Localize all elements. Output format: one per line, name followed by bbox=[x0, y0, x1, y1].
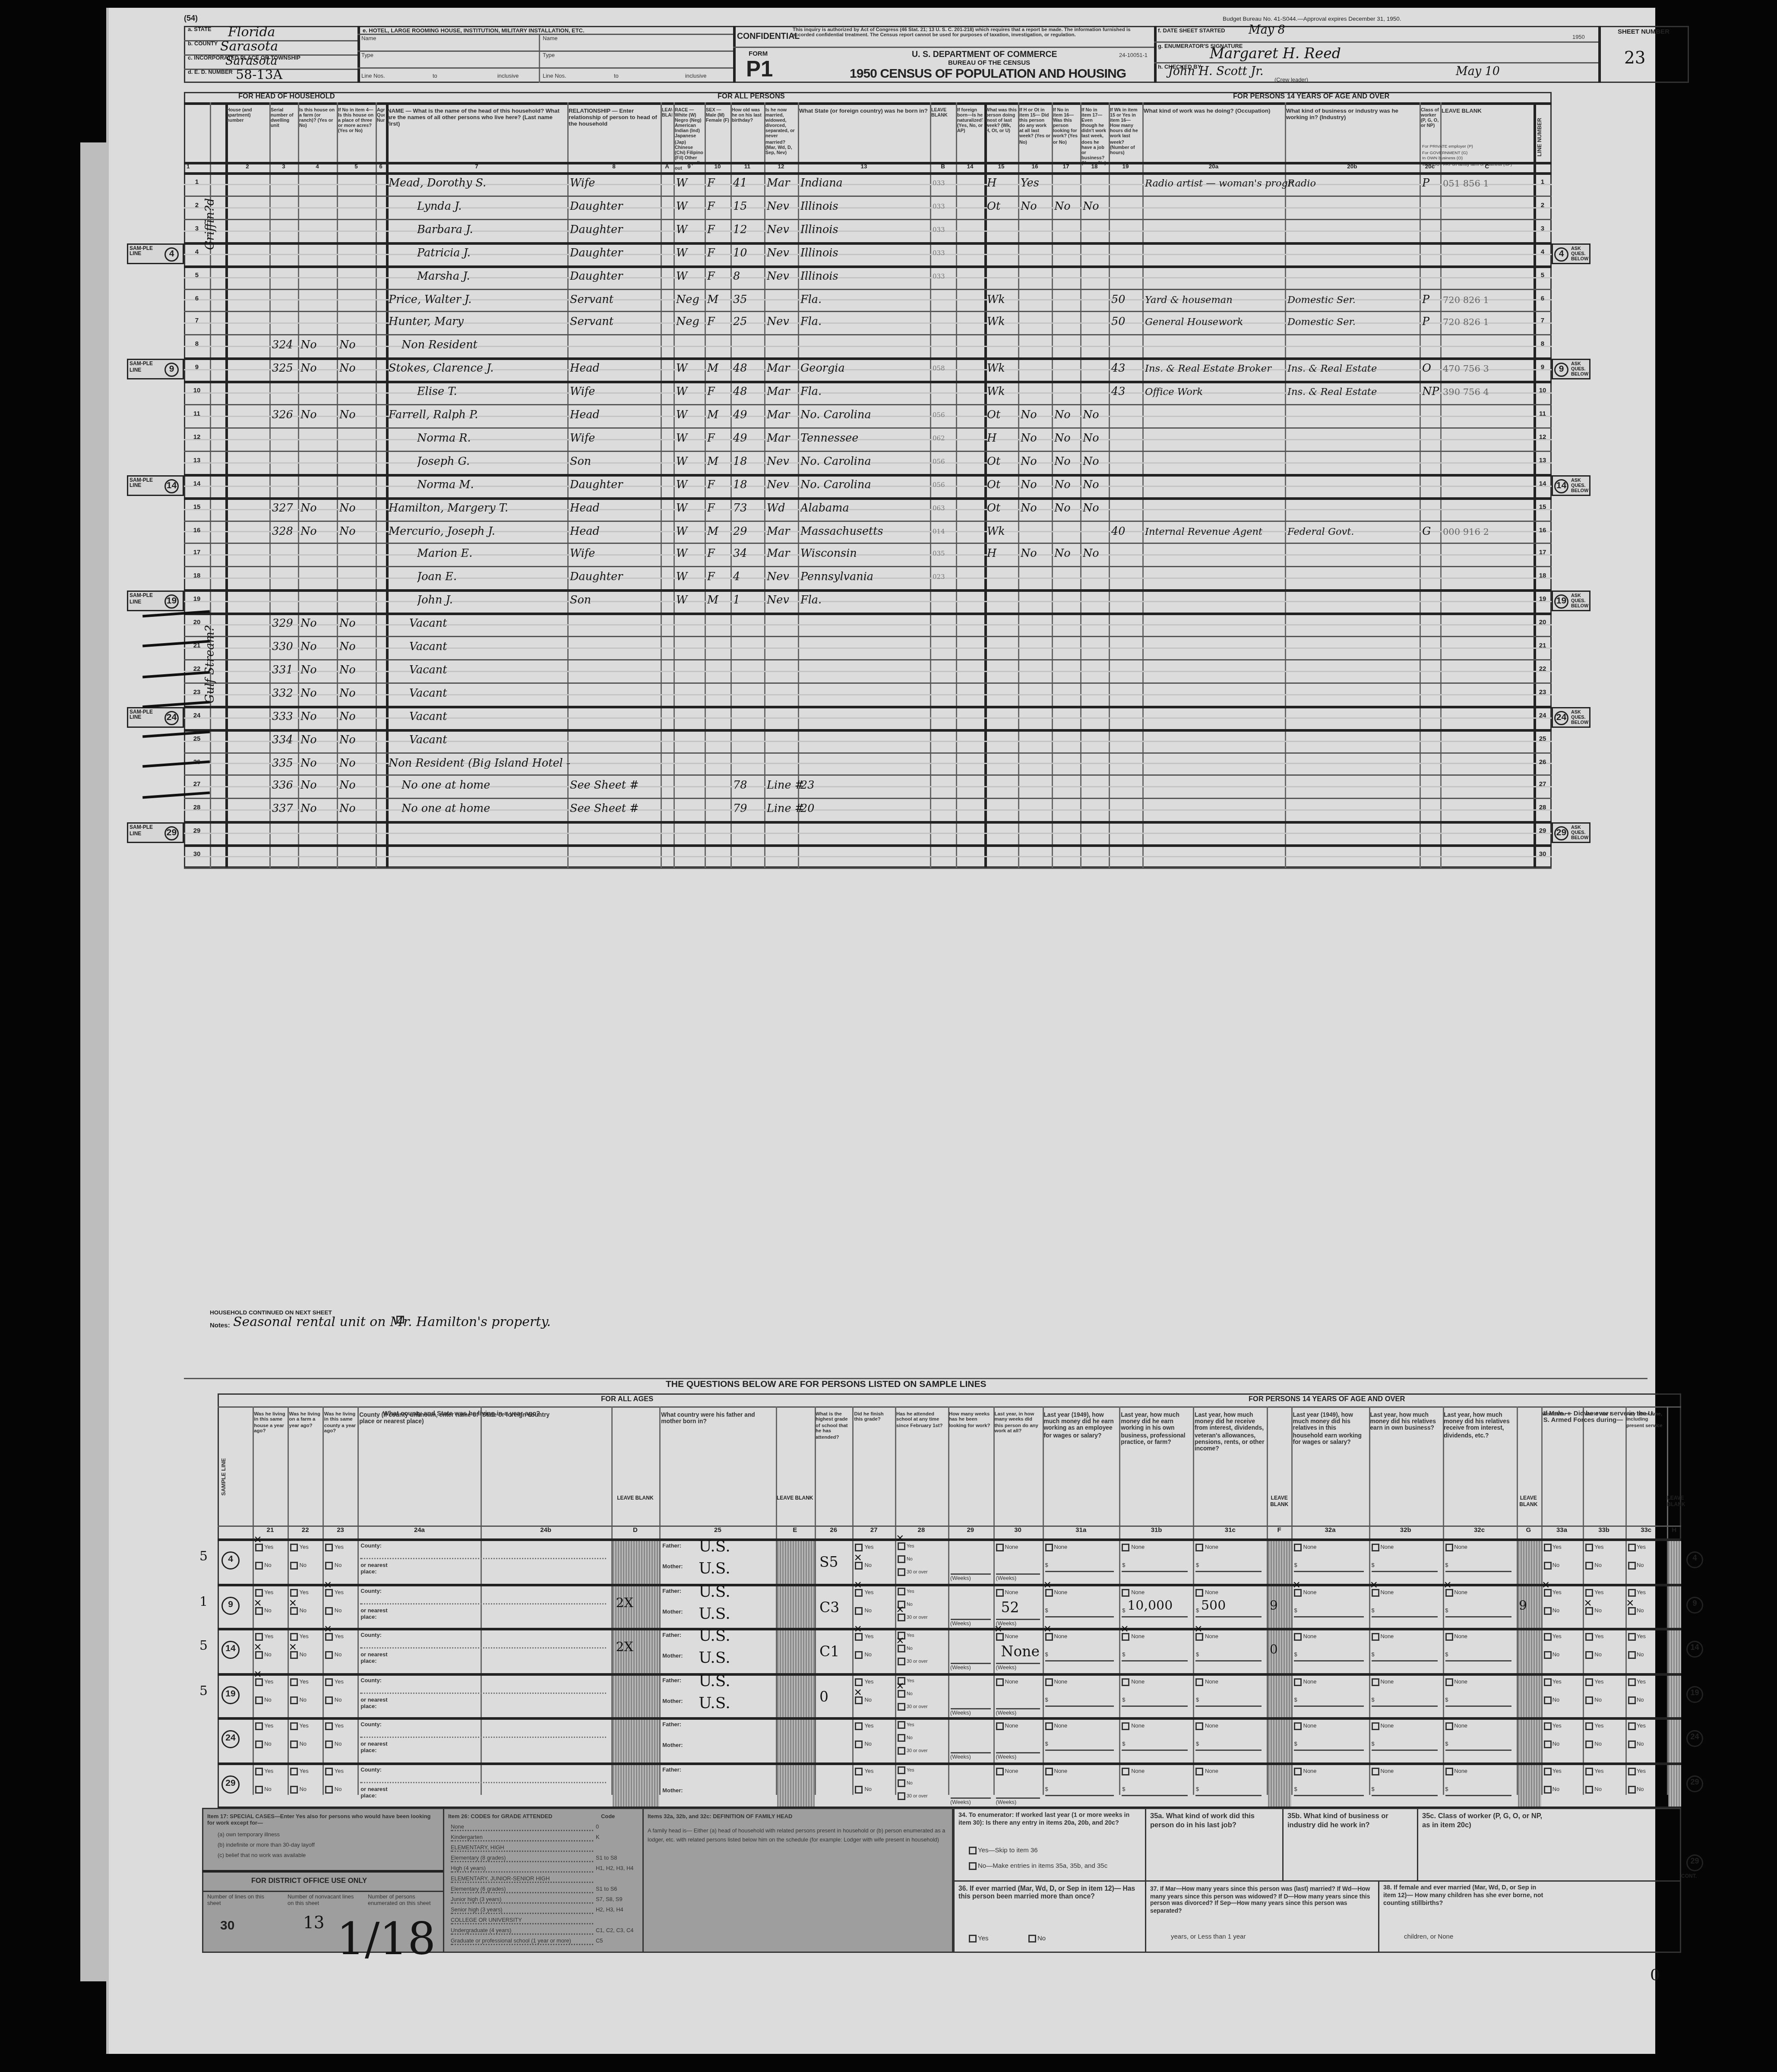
checkbox[interactable] bbox=[1045, 1589, 1053, 1596]
q32a-none[interactable]: None bbox=[1294, 1767, 1317, 1775]
q33a-no[interactable]: No bbox=[1543, 1696, 1560, 1704]
q31a-amount-field[interactable]: $ bbox=[1045, 1696, 1114, 1706]
attended-yes[interactable]: Yes bbox=[898, 1587, 914, 1595]
q31c-amount-field[interactable]: $ bbox=[1196, 1562, 1262, 1572]
q31c-none[interactable]: None bbox=[1196, 1678, 1218, 1686]
q31a-amount-field[interactable]: $ bbox=[1045, 1607, 1114, 1617]
q22-no[interactable]: No bbox=[291, 1651, 307, 1659]
checkbox[interactable] bbox=[291, 1562, 298, 1570]
checkbox[interactable] bbox=[326, 1589, 333, 1596]
checkbox[interactable] bbox=[898, 1747, 905, 1755]
q21-no[interactable]: No bbox=[255, 1785, 272, 1793]
checkbox[interactable] bbox=[291, 1544, 298, 1551]
q22-yes[interactable]: Yes bbox=[291, 1544, 309, 1551]
q21-no[interactable]: No bbox=[255, 1696, 272, 1704]
checkbox[interactable] bbox=[1585, 1678, 1593, 1686]
q32a-none[interactable]: None bbox=[1294, 1678, 1317, 1686]
q23-yes[interactable]: Yes bbox=[326, 1633, 344, 1641]
checkbox[interactable] bbox=[326, 1562, 333, 1570]
finished-no[interactable]: No bbox=[855, 1696, 872, 1704]
checkbox[interactable] bbox=[898, 1766, 905, 1774]
checkbox[interactable] bbox=[898, 1779, 905, 1787]
checkbox[interactable] bbox=[855, 1722, 863, 1730]
checkbox[interactable] bbox=[1045, 1633, 1053, 1641]
q23-yes[interactable]: Yes bbox=[326, 1678, 344, 1686]
checkbox[interactable] bbox=[1371, 1722, 1379, 1730]
checkbox[interactable] bbox=[255, 1633, 263, 1641]
attended-yes[interactable]: Yes bbox=[898, 1721, 914, 1729]
q33a-yes[interactable]: Yes bbox=[1543, 1633, 1562, 1641]
checkbox[interactable] bbox=[1196, 1678, 1204, 1686]
finished-yes[interactable]: Yes bbox=[855, 1767, 873, 1775]
checkbox[interactable] bbox=[326, 1696, 333, 1704]
q31a-none[interactable]: None bbox=[1045, 1589, 1067, 1596]
checkbox[interactable] bbox=[898, 1734, 905, 1742]
q33a-yes[interactable]: Yes bbox=[1543, 1722, 1562, 1730]
q32a-amount-field[interactable]: $ bbox=[1294, 1562, 1364, 1572]
q31c-amount-field[interactable]: $ bbox=[1196, 1696, 1262, 1706]
checkbox[interactable] bbox=[898, 1645, 905, 1652]
checkbox[interactable] bbox=[1294, 1589, 1302, 1596]
q21-yes[interactable]: Yes bbox=[255, 1544, 273, 1551]
q23-no[interactable]: No bbox=[326, 1562, 342, 1570]
q22-yes[interactable]: Yes bbox=[291, 1633, 309, 1641]
attended-yes[interactable]: Yes bbox=[898, 1766, 914, 1774]
q22-no[interactable]: No bbox=[291, 1740, 307, 1748]
q33b-yes[interactable]: Yes bbox=[1585, 1678, 1603, 1686]
checkbox[interactable] bbox=[1543, 1678, 1551, 1686]
q32b-amount-field[interactable]: $ bbox=[1371, 1607, 1437, 1617]
attended-no[interactable]: No bbox=[898, 1555, 913, 1563]
q31b-amount-field[interactable]: $ bbox=[1122, 1785, 1188, 1796]
q31c-none[interactable]: None bbox=[1196, 1544, 1218, 1551]
checkbox[interactable] bbox=[1628, 1722, 1635, 1730]
q23-yes[interactable]: Yes bbox=[326, 1722, 344, 1730]
finished-yes[interactable]: Yes bbox=[855, 1633, 873, 1641]
checkbox[interactable] bbox=[291, 1651, 298, 1659]
finished-yes[interactable]: Yes bbox=[855, 1589, 873, 1596]
q31b-none[interactable]: None bbox=[1122, 1767, 1145, 1775]
q31b-amount-field[interactable]: $ bbox=[1122, 1651, 1188, 1661]
checkbox[interactable] bbox=[326, 1722, 333, 1730]
checkbox[interactable] bbox=[255, 1562, 263, 1570]
q32c-amount-field[interactable]: $ bbox=[1445, 1740, 1511, 1751]
checkbox[interactable] bbox=[1196, 1767, 1204, 1775]
q21-yes[interactable]: Yes bbox=[255, 1767, 273, 1775]
q31a-none[interactable]: None bbox=[1045, 1633, 1067, 1641]
checkbox[interactable] bbox=[898, 1555, 905, 1563]
checkbox[interactable] bbox=[1628, 1740, 1635, 1748]
q32c-amount-field[interactable]: $ bbox=[1445, 1562, 1511, 1572]
q31b-amount-field[interactable]: $ bbox=[1122, 1740, 1188, 1751]
q31c-amount-field[interactable]: $ bbox=[1196, 1740, 1262, 1751]
checkbox[interactable] bbox=[996, 1544, 1004, 1551]
q33b-no[interactable]: No bbox=[1585, 1651, 1602, 1659]
q33c-yes[interactable]: Yes bbox=[1628, 1678, 1646, 1686]
q32b-none[interactable]: None bbox=[1371, 1678, 1394, 1686]
q31b-none[interactable]: None bbox=[1122, 1589, 1145, 1596]
q33b-no[interactable]: No bbox=[1585, 1740, 1602, 1748]
finished-no[interactable]: No bbox=[855, 1607, 872, 1614]
checkbox[interactable] bbox=[255, 1589, 263, 1596]
checkbox[interactable] bbox=[1371, 1589, 1379, 1596]
q33a-no[interactable]: No bbox=[1543, 1651, 1560, 1659]
checkbox[interactable] bbox=[1585, 1633, 1593, 1641]
finished-no[interactable]: No bbox=[855, 1562, 872, 1570]
q22-no[interactable]: No bbox=[291, 1785, 307, 1793]
checkbox[interactable] bbox=[855, 1696, 863, 1704]
q33b-yes[interactable]: Yes bbox=[1585, 1633, 1603, 1641]
checkbox[interactable] bbox=[1628, 1562, 1635, 1570]
checkbox[interactable] bbox=[326, 1633, 333, 1641]
checkbox[interactable] bbox=[255, 1607, 263, 1614]
checkbox[interactable] bbox=[255, 1785, 263, 1793]
q22-no[interactable]: No bbox=[291, 1562, 307, 1570]
q21-no[interactable]: No bbox=[255, 1607, 272, 1614]
weeks-none[interactable]: None bbox=[996, 1544, 1018, 1551]
checkbox[interactable] bbox=[969, 1862, 977, 1870]
checkbox[interactable] bbox=[1196, 1544, 1204, 1551]
q33a-yes[interactable]: Yes bbox=[1543, 1678, 1562, 1686]
checkbox[interactable] bbox=[291, 1767, 298, 1775]
checkbox[interactable] bbox=[898, 1721, 905, 1729]
q31b-none[interactable]: None bbox=[1122, 1633, 1145, 1641]
q22-no[interactable]: No bbox=[291, 1696, 307, 1704]
county-input[interactable] bbox=[360, 1737, 606, 1738]
checkbox[interactable] bbox=[1445, 1767, 1453, 1775]
checkbox[interactable] bbox=[255, 1722, 263, 1730]
checkbox[interactable] bbox=[969, 1935, 977, 1942]
q33a-yes[interactable]: Yes bbox=[1543, 1589, 1562, 1596]
q33a-no[interactable]: No bbox=[1543, 1562, 1560, 1570]
q32b-none[interactable]: None bbox=[1371, 1589, 1394, 1596]
checkbox[interactable] bbox=[1196, 1589, 1204, 1596]
q32c-amount-field[interactable]: $ bbox=[1445, 1607, 1511, 1617]
q23-no[interactable]: No bbox=[326, 1740, 342, 1748]
checkbox[interactable] bbox=[1585, 1651, 1593, 1659]
q32a-amount-field[interactable]: $ bbox=[1294, 1696, 1364, 1706]
weeks-none[interactable]: None bbox=[996, 1589, 1018, 1596]
q33b-no[interactable]: No bbox=[1585, 1607, 1602, 1614]
checkbox[interactable] bbox=[996, 1767, 1004, 1775]
checkbox[interactable] bbox=[1543, 1562, 1551, 1570]
checkbox[interactable] bbox=[855, 1589, 863, 1596]
q22-yes[interactable]: Yes bbox=[291, 1722, 309, 1730]
q32c-none[interactable]: None bbox=[1445, 1722, 1467, 1730]
checkbox[interactable] bbox=[855, 1785, 863, 1793]
q32b-none[interactable]: None bbox=[1371, 1633, 1394, 1641]
checkbox[interactable] bbox=[1543, 1722, 1551, 1730]
q32b-none[interactable]: None bbox=[1371, 1544, 1394, 1551]
checkbox[interactable] bbox=[996, 1678, 1004, 1686]
q32a-amount-field[interactable]: $ bbox=[1294, 1607, 1364, 1617]
checkbox[interactable] bbox=[1628, 1767, 1635, 1775]
checkbox[interactable] bbox=[855, 1544, 863, 1551]
q32b-none[interactable]: None bbox=[1371, 1722, 1394, 1730]
checkbox[interactable] bbox=[326, 1544, 333, 1551]
checkbox[interactable] bbox=[1543, 1589, 1551, 1596]
q32c-amount-field[interactable]: $ bbox=[1445, 1696, 1511, 1706]
county-input[interactable] bbox=[360, 1692, 606, 1693]
q23-yes[interactable]: Yes bbox=[326, 1544, 344, 1551]
checkbox[interactable] bbox=[1543, 1696, 1551, 1704]
q21-yes[interactable]: Yes bbox=[255, 1633, 273, 1641]
q32a-none[interactable]: None bbox=[1294, 1633, 1317, 1641]
checkbox[interactable] bbox=[1122, 1722, 1130, 1730]
q33c-no[interactable]: No bbox=[1628, 1740, 1644, 1748]
q21-yes[interactable]: Yes bbox=[255, 1589, 273, 1596]
q32b-amount-field[interactable]: $ bbox=[1371, 1785, 1437, 1796]
checkbox[interactable] bbox=[1196, 1633, 1204, 1641]
checkbox[interactable] bbox=[255, 1740, 263, 1748]
q33c-no[interactable]: No bbox=[1628, 1607, 1644, 1614]
checkbox[interactable] bbox=[1585, 1562, 1593, 1570]
checkbox[interactable] bbox=[326, 1651, 333, 1659]
q33c-yes[interactable]: Yes bbox=[1628, 1767, 1646, 1775]
q31a-none[interactable]: None bbox=[1045, 1544, 1067, 1551]
checkbox[interactable] bbox=[1585, 1785, 1593, 1793]
checkbox[interactable] bbox=[291, 1785, 298, 1793]
checkbox[interactable] bbox=[855, 1651, 863, 1659]
q36-yes[interactable]: Yes bbox=[969, 1935, 989, 1943]
q31c-none[interactable]: None bbox=[1196, 1589, 1218, 1596]
checkbox[interactable] bbox=[326, 1607, 333, 1614]
checkbox[interactable] bbox=[326, 1740, 333, 1748]
q31c-none[interactable]: None bbox=[1196, 1633, 1218, 1641]
q31a-none[interactable]: None bbox=[1045, 1722, 1067, 1730]
checkbox[interactable] bbox=[291, 1589, 298, 1596]
q32c-none[interactable]: None bbox=[1445, 1678, 1467, 1686]
attended-thirty[interactable]: 30 or over bbox=[898, 1747, 928, 1755]
finished-yes[interactable]: Yes bbox=[855, 1722, 873, 1730]
q33a-no[interactable]: No bbox=[1543, 1607, 1560, 1614]
attended-thirty[interactable]: 30 or over bbox=[898, 1568, 928, 1576]
checkbox[interactable] bbox=[969, 1847, 977, 1854]
q36-no[interactable]: No bbox=[1028, 1935, 1046, 1943]
checkbox[interactable] bbox=[898, 1613, 905, 1621]
q31b-amount-field[interactable]: $ bbox=[1122, 1696, 1188, 1706]
q32c-none[interactable]: None bbox=[1445, 1589, 1467, 1596]
q21-no[interactable]: No bbox=[255, 1562, 272, 1570]
q31a-amount-field[interactable]: $ bbox=[1045, 1785, 1114, 1796]
weeks-none[interactable]: None bbox=[996, 1767, 1018, 1775]
q21-yes[interactable]: Yes bbox=[255, 1722, 273, 1730]
q32a-none[interactable]: None bbox=[1294, 1589, 1317, 1596]
checkbox[interactable] bbox=[855, 1562, 863, 1570]
q23-yes[interactable]: Yes bbox=[326, 1767, 344, 1775]
checkbox[interactable] bbox=[898, 1658, 905, 1665]
checkbox[interactable] bbox=[1543, 1651, 1551, 1659]
finished-no[interactable]: No bbox=[855, 1740, 872, 1748]
q23-no[interactable]: No bbox=[326, 1651, 342, 1659]
checkbox[interactable] bbox=[1628, 1589, 1635, 1596]
checkbox[interactable] bbox=[1585, 1740, 1593, 1748]
checkbox[interactable] bbox=[898, 1542, 905, 1550]
checkbox[interactable] bbox=[855, 1740, 863, 1748]
q22-yes[interactable]: Yes bbox=[291, 1678, 309, 1686]
checkbox[interactable] bbox=[855, 1633, 863, 1641]
q21-yes[interactable]: Yes bbox=[255, 1678, 273, 1686]
q23-no[interactable]: No bbox=[326, 1696, 342, 1704]
q34-yes[interactable]: Yes—Skip to item 36 bbox=[969, 1847, 1038, 1855]
checkbox[interactable] bbox=[1122, 1767, 1130, 1775]
checkbox[interactable] bbox=[1543, 1607, 1551, 1614]
checkbox[interactable] bbox=[1628, 1678, 1635, 1686]
checkbox[interactable] bbox=[1628, 1651, 1635, 1659]
checkbox[interactable] bbox=[291, 1696, 298, 1704]
attended-no[interactable]: No bbox=[898, 1779, 913, 1787]
checkbox[interactable] bbox=[1543, 1767, 1551, 1775]
checkbox[interactable] bbox=[1628, 1785, 1635, 1793]
checkbox[interactable] bbox=[996, 1633, 1004, 1641]
checkbox[interactable] bbox=[255, 1678, 263, 1686]
checkbox[interactable] bbox=[291, 1740, 298, 1748]
q33c-no[interactable]: No bbox=[1628, 1651, 1644, 1659]
checkbox[interactable] bbox=[1294, 1633, 1302, 1641]
attended-no[interactable]: No bbox=[898, 1734, 913, 1742]
weeks-none[interactable]: None bbox=[996, 1722, 1018, 1730]
checkbox[interactable] bbox=[1045, 1678, 1053, 1686]
q31a-amount-field[interactable]: $ bbox=[1045, 1651, 1114, 1661]
q32b-amount-field[interactable]: $ bbox=[1371, 1562, 1437, 1572]
q33b-no[interactable]: No bbox=[1585, 1562, 1602, 1570]
q31b-none[interactable]: None bbox=[1122, 1678, 1145, 1686]
q33c-yes[interactable]: Yes bbox=[1628, 1589, 1646, 1596]
checkbox[interactable] bbox=[255, 1696, 263, 1704]
checkbox[interactable] bbox=[855, 1607, 863, 1614]
finished-no[interactable]: No bbox=[855, 1651, 872, 1659]
checkbox[interactable] bbox=[1045, 1544, 1053, 1551]
attended-thirty[interactable]: 30 or over bbox=[898, 1792, 928, 1800]
q32a-amount-field[interactable]: $ bbox=[1294, 1740, 1364, 1751]
q32b-amount-field[interactable]: $ bbox=[1371, 1651, 1437, 1661]
checkbox[interactable] bbox=[1445, 1589, 1453, 1596]
q31a-none[interactable]: None bbox=[1045, 1678, 1067, 1686]
checkbox[interactable] bbox=[1294, 1767, 1302, 1775]
q33c-no[interactable]: No bbox=[1628, 1696, 1644, 1704]
q32a-amount-field[interactable]: $ bbox=[1294, 1651, 1364, 1661]
checkbox[interactable] bbox=[1445, 1678, 1453, 1686]
checkbox[interactable] bbox=[1122, 1678, 1130, 1686]
checkbox[interactable] bbox=[1585, 1722, 1593, 1730]
checkbox[interactable] bbox=[1045, 1722, 1053, 1730]
checkbox[interactable] bbox=[1585, 1607, 1593, 1614]
checkbox[interactable] bbox=[1371, 1544, 1379, 1551]
county-input[interactable] bbox=[360, 1781, 606, 1783]
checkbox[interactable] bbox=[291, 1678, 298, 1686]
q21-no[interactable]: No bbox=[255, 1651, 272, 1659]
checkbox[interactable] bbox=[1045, 1767, 1053, 1775]
q34-no[interactable]: No—Make entries in items 35a, 35b, and 3… bbox=[969, 1862, 1107, 1870]
q22-yes[interactable]: Yes bbox=[291, 1767, 309, 1775]
q22-no[interactable]: No bbox=[291, 1607, 307, 1614]
q33a-no[interactable]: No bbox=[1543, 1740, 1560, 1748]
q33a-yes[interactable]: Yes bbox=[1543, 1544, 1562, 1551]
q33b-yes[interactable]: Yes bbox=[1585, 1767, 1603, 1775]
finished-yes[interactable]: Yes bbox=[855, 1678, 873, 1686]
checkbox[interactable] bbox=[1585, 1589, 1593, 1596]
attended-no[interactable]: No bbox=[898, 1690, 913, 1697]
checkbox[interactable] bbox=[291, 1633, 298, 1641]
checkbox[interactable] bbox=[1445, 1633, 1453, 1641]
checkbox[interactable] bbox=[1122, 1633, 1130, 1641]
q33c-no[interactable]: No bbox=[1628, 1562, 1644, 1570]
checkbox[interactable] bbox=[1122, 1589, 1130, 1596]
attended-yes[interactable]: Yes bbox=[898, 1542, 914, 1550]
q23-no[interactable]: No bbox=[326, 1785, 342, 1793]
attended-thirty[interactable]: 30 or over bbox=[898, 1658, 928, 1665]
checkbox[interactable] bbox=[255, 1767, 263, 1775]
checkbox[interactable] bbox=[898, 1792, 905, 1800]
q33a-no[interactable]: No bbox=[1543, 1785, 1560, 1793]
q33c-no[interactable]: No bbox=[1628, 1785, 1644, 1793]
checkbox[interactable] bbox=[898, 1568, 905, 1576]
checkbox[interactable] bbox=[1122, 1544, 1130, 1551]
checkbox[interactable] bbox=[1543, 1785, 1551, 1793]
checkbox[interactable] bbox=[1543, 1740, 1551, 1748]
checkbox[interactable] bbox=[1628, 1633, 1635, 1641]
q32b-amount-field[interactable]: $ bbox=[1371, 1696, 1437, 1706]
checkbox[interactable] bbox=[1445, 1722, 1453, 1730]
county-input[interactable] bbox=[360, 1647, 606, 1649]
finished-yes[interactable]: Yes bbox=[855, 1544, 873, 1551]
checkbox[interactable] bbox=[1585, 1696, 1593, 1704]
q32c-amount-field[interactable]: $ bbox=[1445, 1785, 1511, 1796]
checkbox[interactable] bbox=[1294, 1544, 1302, 1551]
checkbox[interactable] bbox=[291, 1722, 298, 1730]
checkbox[interactable] bbox=[1628, 1696, 1635, 1704]
checkbox[interactable] bbox=[1371, 1767, 1379, 1775]
checkbox[interactable] bbox=[1628, 1607, 1635, 1614]
checkbox[interactable] bbox=[898, 1702, 905, 1710]
county-input[interactable] bbox=[360, 1603, 606, 1604]
checkbox[interactable] bbox=[1196, 1722, 1204, 1730]
checkbox[interactable] bbox=[855, 1678, 863, 1686]
q32a-none[interactable]: None bbox=[1294, 1544, 1317, 1551]
attended-thirty[interactable]: 30 or over bbox=[898, 1613, 928, 1621]
q31a-none[interactable]: None bbox=[1045, 1767, 1067, 1775]
q31b-none[interactable]: None bbox=[1122, 1722, 1145, 1730]
q32c-none[interactable]: None bbox=[1445, 1633, 1467, 1641]
checkbox[interactable] bbox=[1371, 1633, 1379, 1641]
checkbox[interactable] bbox=[898, 1690, 905, 1697]
q21-no[interactable]: No bbox=[255, 1740, 272, 1748]
q31b-amount-field[interactable]: $ bbox=[1122, 1562, 1188, 1572]
checkbox[interactable] bbox=[326, 1767, 333, 1775]
checkbox[interactable] bbox=[1628, 1544, 1635, 1551]
weeks-none[interactable]: None bbox=[996, 1678, 1018, 1686]
q23-yes[interactable]: Yes bbox=[326, 1589, 344, 1596]
q32c-none[interactable]: None bbox=[1445, 1767, 1467, 1775]
checkbox[interactable] bbox=[1585, 1544, 1593, 1551]
q33c-yes[interactable]: Yes bbox=[1628, 1722, 1646, 1730]
checkbox[interactable] bbox=[291, 1607, 298, 1614]
q33c-yes[interactable]: Yes bbox=[1628, 1544, 1646, 1551]
q23-no[interactable]: No bbox=[326, 1607, 342, 1614]
checkbox[interactable] bbox=[1371, 1678, 1379, 1686]
q31a-amount-field[interactable]: $ bbox=[1045, 1562, 1114, 1572]
q31c-amount-field[interactable]: $ bbox=[1196, 1651, 1262, 1661]
checkbox[interactable] bbox=[326, 1678, 333, 1686]
q31c-amount-field[interactable]: $ bbox=[1196, 1785, 1262, 1796]
q32b-amount-field[interactable]: $ bbox=[1371, 1740, 1437, 1751]
attended-thirty[interactable]: 30 or over bbox=[898, 1702, 928, 1710]
q32b-none[interactable]: None bbox=[1371, 1767, 1394, 1775]
checkbox[interactable] bbox=[1543, 1544, 1551, 1551]
checkbox[interactable] bbox=[996, 1589, 1004, 1596]
q31c-none[interactable]: None bbox=[1196, 1722, 1218, 1730]
checkbox[interactable] bbox=[1445, 1544, 1453, 1551]
